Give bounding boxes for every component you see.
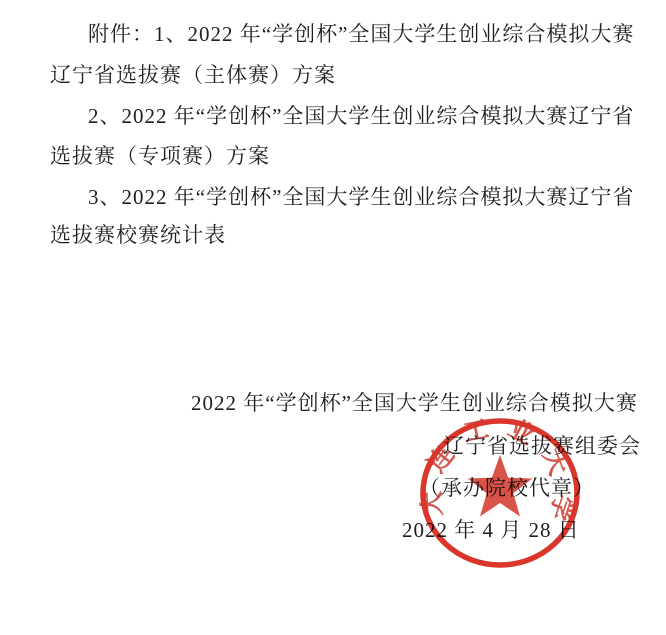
attachment-heading-line: 附件：1、2022 年“学创杯”全国大学生创业综合模拟大赛	[88, 23, 634, 46]
official-seal: 大连工业大学	[411, 413, 589, 575]
attachment-1-continuation: 辽宁省选拔赛（主体赛）方案	[50, 64, 336, 87]
document-page: 附件：1、2022 年“学创杯”全国大学生创业综合模拟大赛 辽宁省选拔赛（主体赛…	[0, 0, 666, 635]
attachment-3-continuation: 选拔赛校赛统计表	[50, 224, 226, 247]
attachment-3-line: 3、2022 年“学创杯”全国大学生创业综合模拟大赛辽宁省	[88, 186, 634, 209]
attachment-2-continuation: 选拔赛（专项赛）方案	[50, 145, 270, 168]
star-icon	[468, 455, 533, 517]
signature-organizer-line1: 2022 年“学创杯”全国大学生创业综合模拟大赛	[191, 392, 638, 415]
attachment-2-line: 2、2022 年“学创杯”全国大学生创业综合模拟大赛辽宁省	[88, 105, 634, 128]
